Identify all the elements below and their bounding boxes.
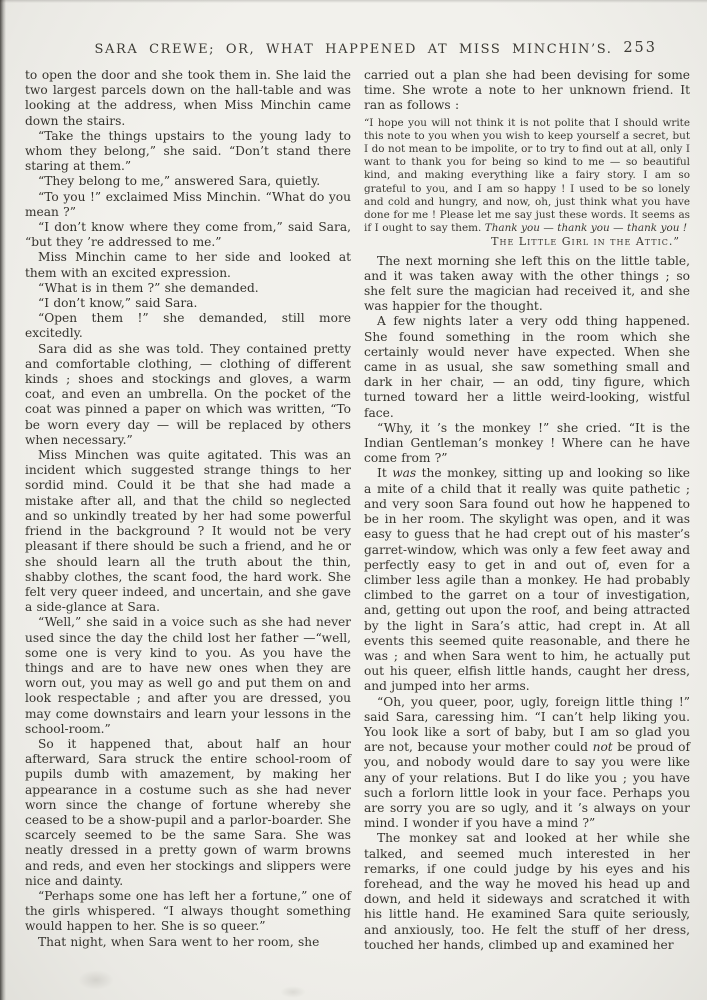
- paragraph: So it happened that, about half an hour …: [25, 737, 351, 889]
- paragraph: “I don’t know,” said Sara.: [25, 296, 351, 311]
- paragraph: “Take the things upstairs to the young l…: [25, 129, 351, 175]
- paragraph: to open the door and she took them in. S…: [25, 68, 351, 129]
- paragraph: “I don’t know where they come from,” sai…: [25, 220, 351, 250]
- paragraph: Miss Minchin came to her side and looked…: [25, 250, 351, 280]
- paragraph: “Well,” she said in a voice such as she …: [25, 615, 351, 737]
- letter-block: “I hope you will not think it is not pol…: [364, 117, 690, 249]
- paragraph: “What is in them ?” she demanded.: [25, 281, 351, 296]
- paragraph: A few nights later a very odd thing happ…: [364, 314, 690, 420]
- scan-smudge: [280, 986, 306, 998]
- letter-signature: The Little Girl in the Attic.”: [364, 235, 690, 248]
- paragraph: “Oh, you queer, poor, ugly, foreign litt…: [364, 695, 690, 832]
- scan-smudge: [78, 970, 114, 990]
- paragraph: The next morning she left this on the li…: [364, 254, 690, 315]
- text-columns: to open the door and she took them in. S…: [0, 57, 707, 953]
- paragraph: The monkey sat and looked at her while s…: [364, 831, 690, 953]
- scan-left-edge: [0, 0, 6, 1000]
- book-page: SARA CREWE; OR, WHAT HAPPENED AT MISS MI…: [0, 0, 707, 1000]
- page-number: 253: [623, 40, 657, 56]
- paragraph: That night, when Sara went to her room, …: [25, 935, 351, 950]
- letter-text: “I hope you will not think it is not pol…: [364, 117, 690, 236]
- paragraph: Miss Minchen was quite agitated. This wa…: [25, 448, 351, 615]
- paragraph: It was the monkey, sitting up and lookin…: [364, 466, 690, 694]
- running-header-title: SARA CREWE; OR, WHAT HAPPENED AT MISS MI…: [95, 42, 613, 57]
- paragraph: “Open them !” she demanded, still more e…: [25, 311, 351, 341]
- paragraph: carried out a plan she had been devising…: [364, 68, 690, 114]
- paragraph: Sara did as she was told. They contained…: [25, 342, 351, 448]
- paragraph: “Perhaps some one has left her a fortune…: [25, 889, 351, 935]
- paragraph: “To you !” exclaimed Miss Minchin. “What…: [25, 190, 351, 220]
- right-column: carried out a plan she had been devising…: [364, 68, 690, 953]
- paragraph: “Why, it ’s the monkey !” she cried. “It…: [364, 421, 690, 467]
- left-column: to open the door and she took them in. S…: [25, 68, 351, 953]
- paragraph: “They belong to me,” answered Sara, quie…: [25, 174, 351, 189]
- running-header: SARA CREWE; OR, WHAT HAPPENED AT MISS MI…: [0, 0, 707, 57]
